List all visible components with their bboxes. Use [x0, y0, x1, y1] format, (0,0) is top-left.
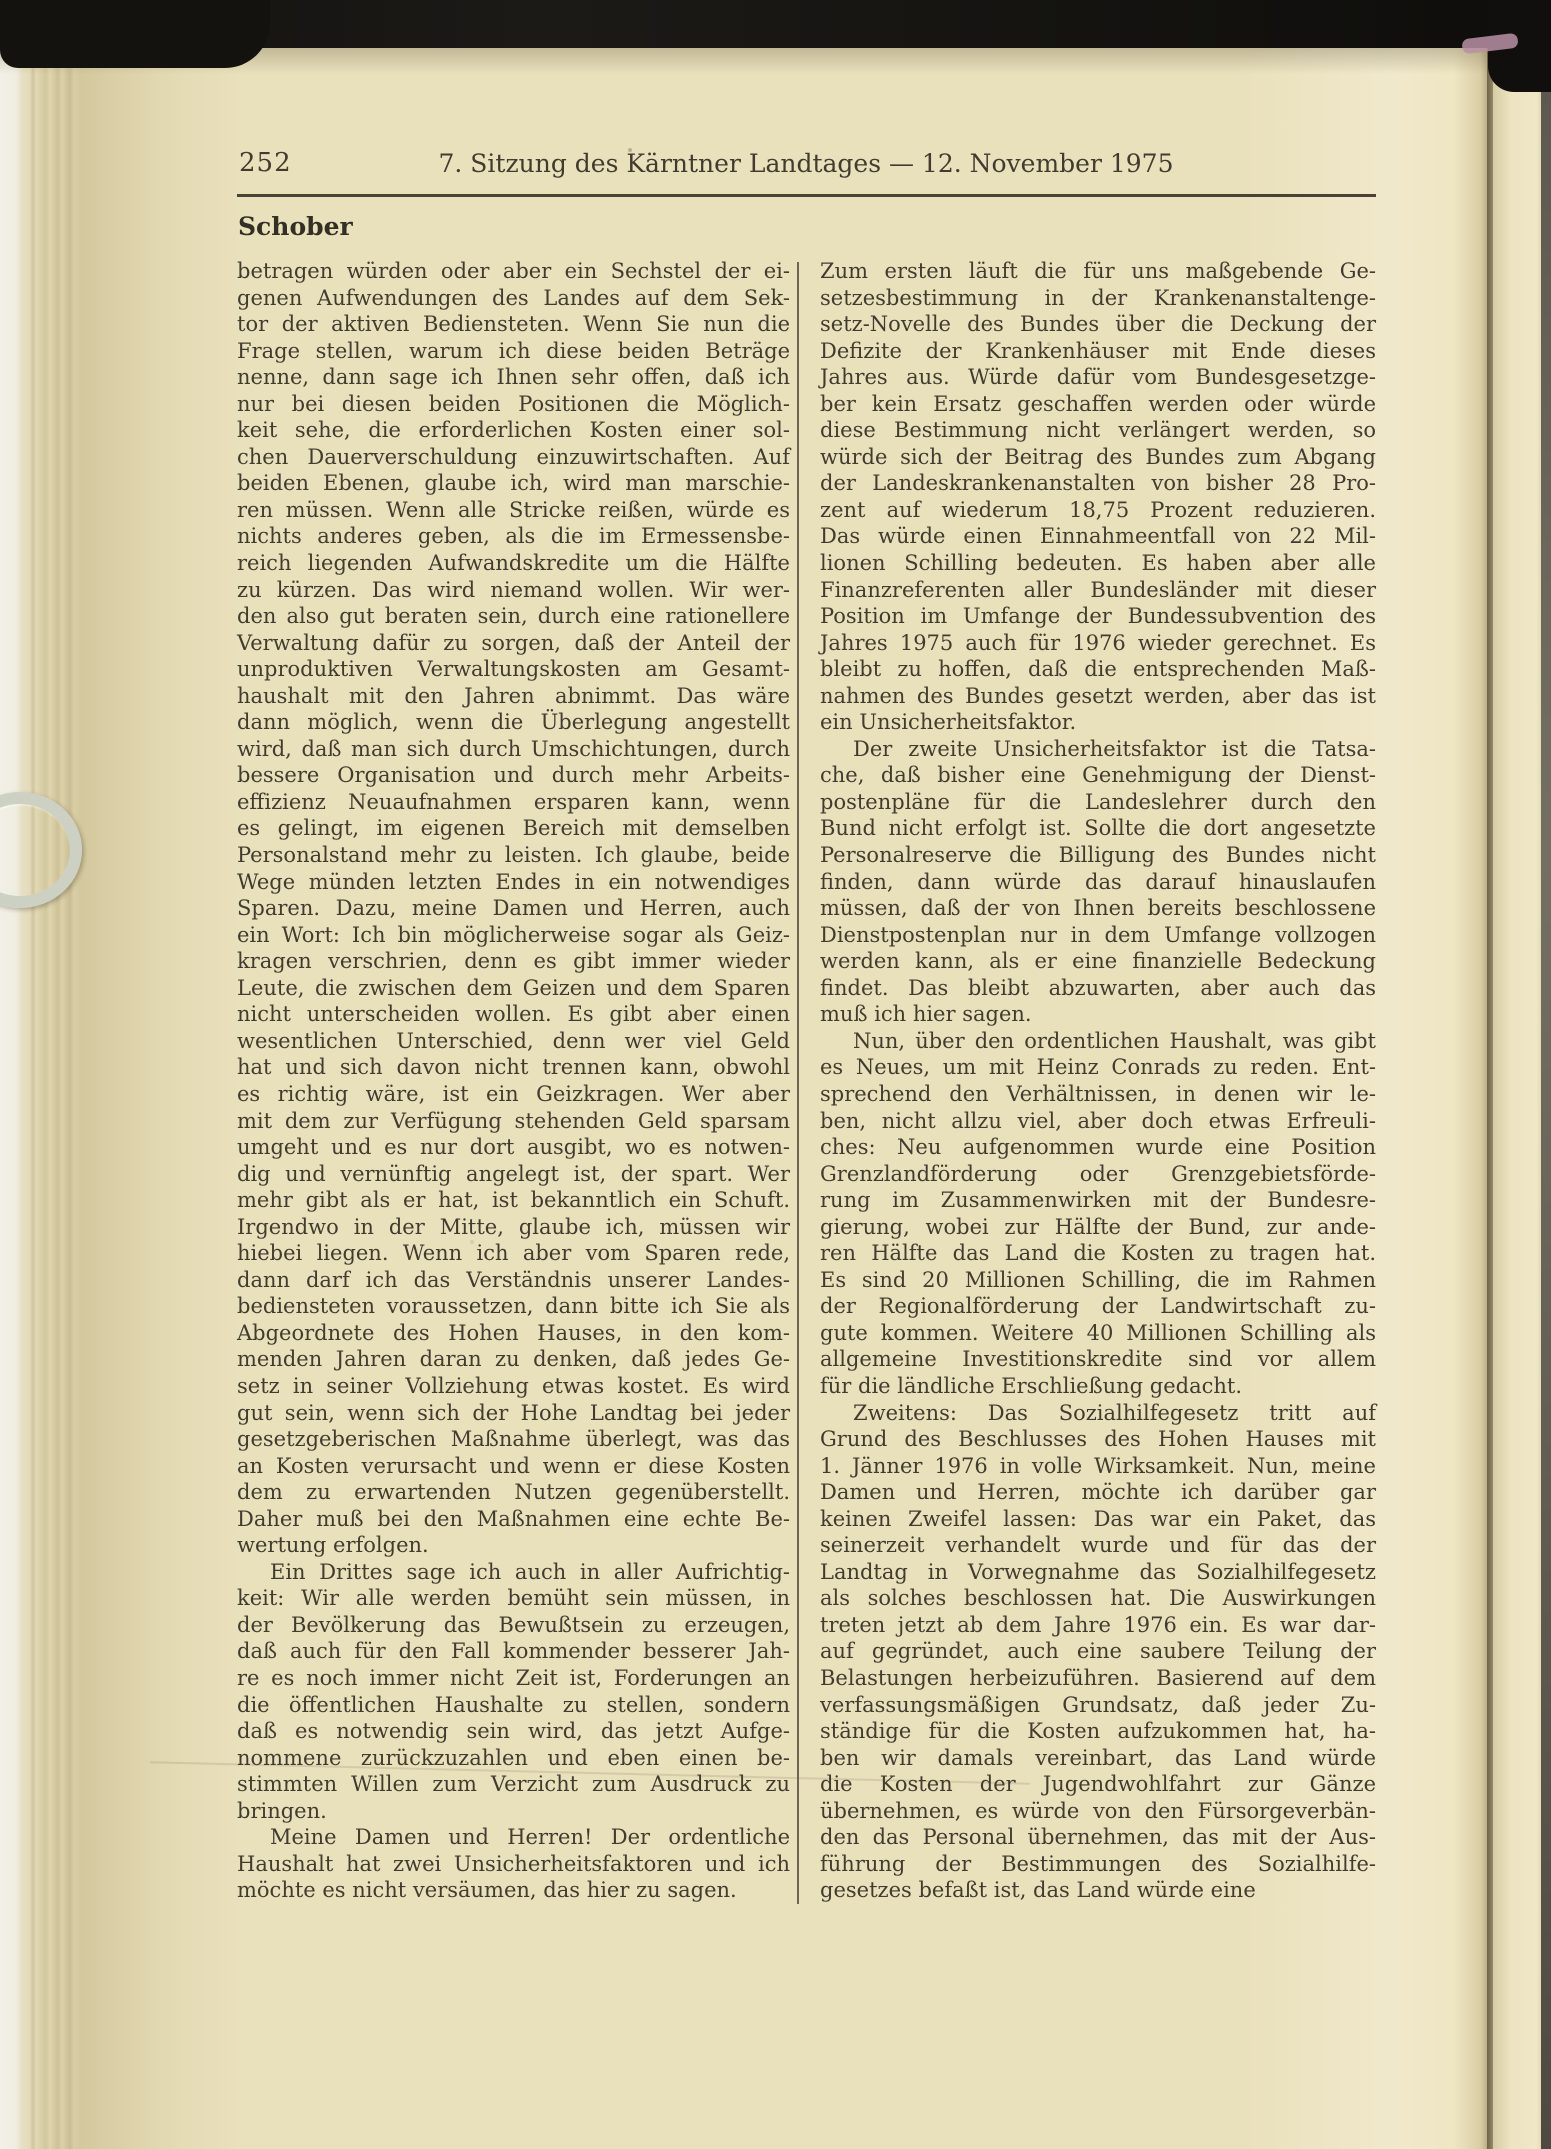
text-line: dann darf ich das Verständnis unserer La… [237, 1267, 790, 1294]
text-line: führung der Bestimmungen des Sozialhilfe… [820, 1851, 1376, 1878]
page-number: 252 [239, 148, 292, 178]
text-line: Zweitens: Das Sozialhilfegesetz tritt au… [820, 1400, 1376, 1427]
text-line: Leute, die zwischen dem Geizen und dem S… [237, 975, 790, 1002]
text-line: mit dem zur Verfügung stehenden Geld spa… [237, 1108, 790, 1135]
text-line: gute kommen. Weitere 40 Millionen Schill… [820, 1320, 1376, 1347]
text-line: zent auf wiederum 18,75 Prozent reduzier… [820, 497, 1376, 524]
text-line: Meine Damen und Herren! Der ordentliche [237, 1824, 790, 1851]
text-line: ren müssen. Wenn alle Stricke reißen, wü… [237, 497, 790, 524]
text-line: verfassungsmäßigen Grundsatz, daß jeder … [820, 1692, 1376, 1719]
text-line: ben wir damals vereinbart, das Land würd… [820, 1745, 1376, 1772]
text-line: daß es notwendig sein wird, das jetzt Au… [237, 1718, 790, 1745]
text-line: rung im Zusammenwirken mit der Bundesre- [820, 1187, 1376, 1214]
text-line: nur bei diesen beiden Positionen die Mög… [237, 391, 790, 418]
text-line: menden Jahren daran zu denken, daß jedes… [237, 1346, 790, 1373]
text-line: haushalt mit den Jahren abnimmt. Das wär… [237, 683, 790, 710]
text-line: Ein Drittes sage ich auch in aller Aufri… [237, 1559, 790, 1586]
text-line: den das Personal übernehmen, das mit der… [820, 1824, 1376, 1851]
scan-right-edge [1541, 0, 1551, 2149]
text-line: Sparen. Dazu, meine Damen und Herren, au… [237, 895, 790, 922]
text-line: ches: Neu aufgenommen wurde eine Positio… [820, 1134, 1376, 1161]
speaker-name: Schober [238, 212, 353, 241]
text-line: che, daß bisher eine Genehmigung der Die… [820, 762, 1376, 789]
text-line: gesetzes befaßt ist, das Land würde eine [820, 1877, 1376, 1904]
text-line: bleibt zu hoffen, daß die entsprechenden… [820, 656, 1376, 683]
text-line: gesetzgeberischen Maßnahme überlegt, was… [237, 1426, 790, 1453]
text-line: die öffentlichen Haushalte zu stellen, s… [237, 1692, 790, 1719]
page-edge-stack [0, 40, 82, 2149]
text-line: der Landeskrankenanstalten von bisher 28… [820, 470, 1376, 497]
text-line: hat und sich davon nicht trennen kann, o… [237, 1054, 790, 1081]
text-line: unproduktiven Verwaltungskosten am Gesam… [237, 656, 790, 683]
text-line: Nun, über den ordentlichen Haushalt, was… [820, 1028, 1376, 1055]
text-line: möchte es nicht versäumen, das hier zu s… [237, 1877, 790, 1904]
text-line: Jahres aus. Würde dafür vom Bundesgesetz… [820, 364, 1376, 391]
column-left: betragen würden oder aber ein Sechstel d… [237, 258, 790, 1904]
text-line: nenne, dann sage ich Ihnen sehr offen, d… [237, 364, 790, 391]
paragraph: Meine Damen und Herren! Der ordentlicheH… [237, 1824, 790, 1904]
text-line: es richtig wäre, ist ein Geizkragen. Wer… [237, 1081, 790, 1108]
text-line: wird, daß man sich durch Umschichtungen,… [237, 736, 790, 763]
text-line: ben, nicht allzu viel, aber doch etwas E… [820, 1108, 1376, 1135]
text-line: Grenzlandförderung oder Grenzgebietsförd… [820, 1161, 1376, 1188]
column-divider [797, 262, 799, 1904]
text-line: keit sehe, die erforderlichen Kosten ein… [237, 417, 790, 444]
paragraph: betragen würden oder aber ein Sechstel d… [237, 258, 790, 1559]
text-line: lionen Schilling bedeuten. Es haben aber… [820, 550, 1376, 577]
text-line: Verwaltung dafür zu sorgen, daß der Ante… [237, 630, 790, 657]
text-line: hiebei liegen. Wenn ich aber vom Sparen … [237, 1240, 790, 1267]
text-line: betragen würden oder aber ein Sechstel d… [237, 258, 790, 285]
text-line: treten jetzt ab dem Jahre 1976 ein. Es w… [820, 1612, 1376, 1639]
text-line: als solches beschlossen hat. Die Auswirk… [820, 1585, 1376, 1612]
text-line: Position im Umfange der Bundessubvention… [820, 603, 1376, 630]
text-line: daß auch für den Fall kommender besserer… [237, 1638, 790, 1665]
text-line: keit: Wir alle werden bemüht sein müssen… [237, 1585, 790, 1612]
text-line: werden kann, als er eine finanzielle Bed… [820, 948, 1376, 975]
text-line: ein Wort: Ich bin möglicherweise sogar a… [237, 922, 790, 949]
text-line: seinerzeit verhandelt wurde und für das … [820, 1532, 1376, 1559]
text-line: würde sich der Beitrag des Bundes zum Ab… [820, 444, 1376, 471]
text-line: finden, dann würde das darauf hinauslauf… [820, 869, 1376, 896]
text-line: nommene zurückzuzahlen und eben einen be… [237, 1745, 790, 1772]
text-line: genen Aufwendungen des Landes auf dem Se… [237, 285, 790, 312]
header-title: 7. Sitzung des Kärntner Landtages — 12. … [237, 146, 1375, 178]
text-line: findet. Das bleibt abzuwarten, aber auch… [820, 975, 1376, 1002]
text-line: dig und vernünftig angelegt ist, der spa… [237, 1161, 790, 1188]
text-line: Zum ersten läuft die für uns maßgebende … [820, 258, 1376, 285]
text-line: wesentlichen Unterschied, denn wer viel … [237, 1028, 790, 1055]
text-line: reich liegenden Aufwandskredite um die H… [237, 550, 790, 577]
paragraph: Nun, über den ordentlichen Haushalt, was… [820, 1028, 1376, 1400]
text-line: re es noch immer nicht Zeit ist, Forderu… [237, 1665, 790, 1692]
text-line: ren Hälfte das Land die Kosten zu tragen… [820, 1240, 1376, 1267]
text-line: Haushalt hat zwei Unsicherheitsfaktoren … [237, 1851, 790, 1878]
header-rule [237, 194, 1376, 197]
text-line: Wege münden letzten Endes in ein notwend… [237, 869, 790, 896]
text-line: effizienz Neuaufnahmen ersparen kann, we… [237, 789, 790, 816]
text-line: setz-Novelle des Bundes über die Deckung… [820, 311, 1376, 338]
text-line: den also gut beraten sein, durch eine ra… [237, 603, 790, 630]
text-line: gierung, wobei zur Hälfte der Bund, zur … [820, 1214, 1376, 1241]
text-line: Abgeordnete des Hohen Hauses, in den kom… [237, 1320, 790, 1347]
text-line: beiden Ebenen, glaube ich, wird man mars… [237, 470, 790, 497]
text-line: bediensteten voraussetzen, dann bitte ic… [237, 1293, 790, 1320]
text-line: allgemeine Investitionskredite sind vor … [820, 1346, 1376, 1373]
paragraph: Zum ersten läuft die für uns maßgebende … [820, 258, 1376, 736]
text-line: Personalreserve die Billigung des Bundes… [820, 842, 1376, 869]
text-line: bessere Organisation und durch mehr Arbe… [237, 762, 790, 789]
text-line: übernehmen, es würde von den Fürsorgever… [820, 1798, 1376, 1825]
text-line: mehr gibt als er hat, ist bekanntlich ei… [237, 1187, 790, 1214]
scan-top-edge-left [0, 0, 270, 68]
text-line: muß ich hier sagen. [820, 1001, 1376, 1028]
text-line: 1. Jänner 1976 in volle Wirksamkeit. Nun… [820, 1453, 1376, 1480]
paragraph: Zweitens: Das Sozialhilfegesetz tritt au… [820, 1400, 1376, 1904]
text-line: kragen verschrien, denn es gibt immer wi… [237, 948, 790, 975]
text-line: chen Dauerverschuldung einzuwirtschaften… [237, 444, 790, 471]
text-line: Jahres 1975 auch für 1976 wieder gerechn… [820, 630, 1376, 657]
text-line: bringen. [237, 1798, 790, 1825]
text-line: es Neues, um mit Heinz Conrads zu reden.… [820, 1054, 1376, 1081]
text-line: tor der aktiven Bediensteten. Wenn Sie n… [237, 311, 790, 338]
paragraph: Der zweite Unsicherheitsfaktor ist die T… [820, 736, 1376, 1028]
text-line: postenpläne für die Landeslehrer durch d… [820, 789, 1376, 816]
text-line: dann möglich, wenn die Überlegung angest… [237, 709, 790, 736]
text-line: ständige für die Kosten aufzukommen hat,… [820, 1718, 1376, 1745]
text-line: stimmten Willen zum Verzicht zum Ausdruc… [237, 1771, 790, 1798]
text-line: Bund nicht erfolgt ist. Sollte die dort … [820, 815, 1376, 842]
column-right: Zum ersten läuft die für uns maßgebende … [820, 258, 1376, 1904]
text-line: dem zu erwartenden Nutzen gegenüberstell… [237, 1479, 790, 1506]
text-line: Das würde einen Einnahmeentfall von 22 M… [820, 523, 1376, 550]
text-line: Landtag in Vorwegnahme das Sozialhilfege… [820, 1559, 1376, 1586]
text-line: setz in seiner Vollziehung etwas kostet.… [237, 1373, 790, 1400]
text-line: ber kein Ersatz geschaffen werden oder w… [820, 391, 1376, 418]
text-line: Belastungen herbeizuführen. Basierend au… [820, 1665, 1376, 1692]
text-line: umgeht und es nur dort ausgibt, wo es no… [237, 1134, 790, 1161]
text-line: Personalstand mehr zu leisten. Ich glaub… [237, 842, 790, 869]
text-line: nahmen des Bundes gesetzt werden, aber d… [820, 683, 1376, 710]
page-header: 252 7. Sitzung des Kärntner Landtages — … [237, 146, 1375, 182]
text-line: Grund des Beschlusses des Hohen Hauses m… [820, 1426, 1376, 1453]
text-line: Dienstpostenplan nur in dem Umfange voll… [820, 922, 1376, 949]
text-line: an Kosten verursacht und wenn er diese K… [237, 1453, 790, 1480]
text-line: Irgendwo in der Mitte, glaube ich, müsse… [237, 1214, 790, 1241]
text-line: der Regionalförderung der Landwirtschaft… [820, 1293, 1376, 1320]
text-line: nicht unterscheiden wollen. Es gibt aber… [237, 1001, 790, 1028]
text-line: zu kürzen. Das wird niemand wollen. Wir … [237, 577, 790, 604]
text-line: Defizite der Krankenhäuser mit Ende dies… [820, 338, 1376, 365]
text-line: diese Bestimmung nicht verlängert werden… [820, 417, 1376, 444]
text-line: Frage stellen, warum ich diese beiden Be… [237, 338, 790, 365]
text-line: setzesbestimmung in der Krankenanstalten… [820, 285, 1376, 312]
paragraph: Ein Drittes sage ich auch in aller Aufri… [237, 1559, 790, 1824]
text-line: gut sein, wenn sich der Hohe Landtag bei… [237, 1400, 790, 1427]
text-line: ein Unsicherheitsfaktor. [820, 709, 1376, 736]
scanned-book-page: 252 7. Sitzung des Kärntner Landtages — … [0, 0, 1551, 2149]
text-line: nichts anderes geben, als die im Ermesse… [237, 523, 790, 550]
text-line: für die ländliche Erschließung gedacht. [820, 1373, 1376, 1400]
text-line: auf gegründet, auch eine saubere Teilung… [820, 1638, 1376, 1665]
text-line: die Kosten der Jugendwohlfahrt zur Gänze [820, 1771, 1376, 1798]
text-line: Es sind 20 Millionen Schilling, die im R… [820, 1267, 1376, 1294]
gutter-shadow [82, 40, 242, 2149]
text-line: Finanzreferenten aller Bundesländer mit … [820, 577, 1376, 604]
text-line: müssen, daß der von Ihnen bereits beschl… [820, 895, 1376, 922]
text-line: sprechend den Verhältnissen, in denen wi… [820, 1081, 1376, 1108]
text-line: es gelingt, im eigenen Bereich mit demse… [237, 815, 790, 842]
text-line: Damen und Herren, möchte ich darüber gar [820, 1479, 1376, 1506]
text-line: der Bevölkerung das Bewußtsein zu erzeug… [237, 1612, 790, 1639]
text-line: Daher muß bei den Maßnahmen eine echte B… [237, 1506, 790, 1533]
text-line: keinen Zweifel lassen: Das war ein Paket… [820, 1506, 1376, 1533]
text-line: wertung erfolgen. [237, 1532, 790, 1559]
text-line: Der zweite Unsicherheitsfaktor ist die T… [820, 736, 1376, 763]
